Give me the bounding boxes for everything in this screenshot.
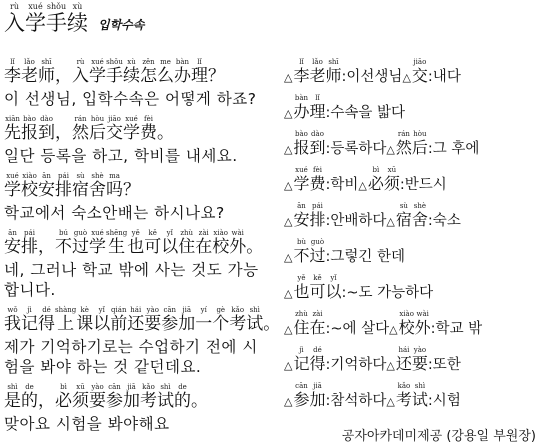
pinyin: xué — [25, 2, 46, 11]
vocab-meaning: :반드시 — [400, 177, 447, 193]
hanzi-with-pinyin: 学xué — [89, 237, 106, 257]
hanzi-with-pinyin: 学xué — [89, 66, 106, 86]
hanzi-with-pinyin: 不bú — [55, 237, 72, 257]
hanzi-with-pinyin: 舍shè — [89, 180, 106, 200]
hanzi-with-pinyin: 李lǐ — [4, 66, 21, 86]
pinyin: kè — [76, 306, 93, 314]
pinyin: lǎo — [309, 58, 325, 66]
hanzi-with-pinyin: 外wài — [229, 237, 246, 257]
hanzi-with-pinyin: 一yí — [195, 314, 212, 334]
vocab-word: 安ān排pái — [293, 213, 325, 229]
dialogue-line: 安ān排pái， 不bú过guò学xué生shēng也yě可kě以yǐ住zhù在… — [4, 229, 272, 300]
vocab-word: 交jiāo — [412, 69, 428, 85]
hanzi-with-pinyin: 校xiào — [399, 318, 415, 337]
hanzi-with-pinyin: 入rù — [4, 11, 25, 35]
pinyin: jiāo — [106, 115, 123, 123]
korean-translation: 학교에서 숙소안배는 하시나요? — [4, 203, 272, 223]
pinyin — [263, 306, 280, 314]
hanzi-with-pinyin: 师shī — [326, 66, 342, 85]
vocab-meaning: :안배하다 — [326, 213, 387, 229]
hanzi-with-pinyin: 校xiào — [212, 237, 229, 257]
hanzi-with-pinyin: 学xué — [4, 180, 21, 200]
pinyin: bàn — [293, 94, 309, 102]
hanzi-with-pinyin: ？ — [123, 180, 140, 200]
pinyin: bù — [293, 238, 309, 246]
hanzi-with-pinyin: 过guò — [72, 237, 89, 257]
pinyin: pái — [309, 202, 325, 210]
vocab-word: 记jì得dé — [293, 357, 325, 373]
hanzi-with-pinyin: 的de — [21, 391, 38, 411]
pinyin: pái — [55, 172, 72, 180]
hanzi-with-pinyin: 记jì — [293, 354, 309, 373]
vocab-word: 报bào到dào — [293, 141, 325, 157]
pinyin: lǐ — [293, 58, 309, 66]
hanzi-with-pinyin: 要yào — [144, 314, 161, 334]
hanzi-with-pinyin: 要yào — [89, 391, 106, 411]
hanzi-with-pinyin: 必bì — [368, 174, 384, 193]
hanzi-with-pinyin: 加jiā — [123, 391, 140, 411]
hanzi-with-pinyin: ， — [55, 123, 72, 143]
vocab-word: 然rán后hòu — [396, 141, 428, 157]
pinyin: kě — [309, 274, 325, 282]
pinyin: jì — [293, 346, 309, 354]
title-korean: 입학수속 — [98, 16, 144, 33]
pinyin: yào — [412, 346, 428, 354]
hanzi-with-pinyin: 么me — [157, 66, 174, 86]
hanzi-with-pinyin: 怎zěn — [140, 66, 157, 86]
pinyin: jiā — [178, 306, 195, 314]
hanzi-with-pinyin: 上shàng — [55, 314, 76, 334]
hanzi-with-pinyin: 生shēng — [106, 237, 127, 257]
hanzi-with-pinyin: 的de — [174, 391, 191, 411]
pinyin: xué — [123, 115, 140, 123]
hanzi-with-pinyin: 试shì — [246, 314, 263, 334]
hanzi-with-pinyin: 然rán — [396, 138, 412, 157]
hanzi-with-pinyin: 师shī — [38, 66, 55, 86]
chinese-sentence: 学xué校xiào安ān排pái宿sù舍shè吗ma？ — [4, 172, 272, 203]
hanzi-with-pinyin: 是shì — [4, 391, 21, 411]
hanzi-with-pinyin: 个gè — [212, 314, 229, 334]
pinyin: jiāo — [412, 58, 428, 66]
pinyin: xù — [123, 58, 140, 66]
pinyin: xù — [67, 2, 88, 11]
pinyin: jiā — [123, 383, 140, 391]
pinyin: yě — [127, 229, 144, 237]
hanzi-with-pinyin: 外wài — [415, 318, 431, 337]
hanzi-with-pinyin: 吗ma — [106, 180, 123, 200]
pinyin: yào — [144, 306, 161, 314]
vocab-meaning: :또한 — [428, 357, 461, 373]
hanzi-with-pinyin: 到dào — [309, 138, 325, 157]
pinyin: lǎo — [21, 58, 38, 66]
triangle-bullet-icon: △ — [284, 359, 292, 372]
vocab-word: 住zhù在zài — [293, 321, 325, 337]
pinyin: lǐ — [191, 58, 208, 66]
hanzi-with-pinyin: 交jiāo — [106, 123, 123, 143]
triangle-bullet-icon: △ — [386, 143, 394, 156]
hanzi-with-pinyin: 得dé — [309, 354, 325, 373]
hanzi-with-pinyin: 排pái — [21, 237, 38, 257]
pinyin: guò — [72, 229, 89, 237]
pinyin: rán — [72, 115, 89, 123]
chinese-sentence: 是shì的de， 必bì须xū要yào参cān加jiā考kǎo试shì的de。 — [4, 383, 272, 414]
pinyin — [157, 115, 174, 123]
hanzi-with-pinyin: 加jiā — [178, 314, 195, 334]
triangle-bullet-icon: △ — [386, 395, 394, 408]
pinyin: sù — [72, 172, 89, 180]
pinyin: yǐ — [93, 306, 110, 314]
hanzi-with-pinyin: 考kǎo — [229, 314, 246, 334]
pinyin: hái — [127, 306, 144, 314]
triangle-bullet-icon: △ — [389, 323, 397, 336]
vocab-line: △不bù过guò:그렇긴 한데 — [284, 238, 540, 274]
hanzi-with-pinyin: 然rán — [72, 123, 89, 143]
chinese-sentence: 李lǐ老lǎo师shī， 入rù学xué手shǒu续xù怎zěn么me办bàn理… — [4, 58, 272, 89]
pinyin: hòu — [412, 130, 428, 138]
vocab-word: 宿sù舍shè — [396, 213, 428, 229]
hanzi-with-pinyin: 在zài — [195, 237, 212, 257]
pinyin: bú — [55, 229, 72, 237]
hanzi-with-pinyin: 后hòu — [412, 138, 428, 157]
vocab-word: 考kǎo试shì — [396, 393, 428, 409]
korean-translation: 일단 등록을 하고, 학비를 내세요. — [4, 146, 272, 166]
pinyin — [191, 383, 208, 391]
pinyin: shēng — [106, 229, 127, 237]
dialogue-line: 先xiān报bào到dào， 然rán后hòu交jiāo学xué费fèi。 일단… — [4, 115, 272, 166]
triangle-bullet-icon: △ — [284, 215, 292, 228]
vocab-line: △办bàn理lǐ:수속을 밟다 — [284, 94, 540, 130]
vocab-line: △李lǐ老lǎo师shī:이선생님△交jiāo:내다 — [284, 58, 540, 94]
vocab-line: △参cān加jiā:참석하다△考kǎo试shì:시험 — [284, 382, 540, 418]
pinyin: shī — [326, 58, 342, 66]
korean-translation: 제가 기억하기로는 수업하기 전에 시험을 봐야 하는 것 같던데요. — [4, 337, 272, 377]
pinyin: lǐ — [4, 58, 21, 66]
vocab-meaning: :시험 — [428, 393, 461, 409]
pinyin: fèi — [309, 166, 325, 174]
pinyin: xū — [72, 383, 89, 391]
dialogue-line: 我wǒ记jì得dé上shàng课kè以yǐ前qián还hái要yào参cān加j… — [4, 306, 272, 377]
hanzi-with-pinyin: 续xù — [67, 11, 88, 35]
pinyin: fèi — [140, 115, 157, 123]
dialogue-line: 是shì的de， 必bì须xū要yào参cān加jiā考kǎo试shì的de。 … — [4, 383, 272, 434]
pinyin: wài — [229, 229, 246, 237]
pinyin: zài — [195, 229, 212, 237]
pinyin: hòu — [89, 115, 106, 123]
hanzi-with-pinyin: 也yě — [127, 237, 144, 257]
hanzi-with-pinyin: 费fèi — [309, 174, 325, 193]
pinyin: shè — [89, 172, 106, 180]
vocab-word: 李lǐ老lǎo师shī — [293, 69, 341, 85]
vocab-meaning: :참석하다 — [326, 393, 387, 409]
hanzi-with-pinyin: 办bàn — [174, 66, 191, 86]
hanzi-with-pinyin: 手shǒu — [46, 11, 67, 35]
vocab-word: 也yě可kě以yǐ — [293, 285, 341, 301]
hanzi-with-pinyin: 课kè — [76, 314, 93, 334]
hanzi-with-pinyin: 在zài — [309, 318, 325, 337]
dialogue-line: 学xué校xiào安ān排pái宿sù舍shè吗ma？ 학교에서 숙소안배는 하… — [4, 172, 272, 223]
triangle-bullet-icon: △ — [386, 359, 394, 372]
hanzi-with-pinyin: 前qián — [110, 314, 127, 334]
vocab-meaning: :기억하다 — [326, 357, 387, 373]
triangle-bullet-icon: △ — [284, 251, 292, 264]
hanzi-with-pinyin: 可kě — [144, 237, 161, 257]
triangle-bullet-icon: △ — [284, 287, 292, 300]
pinyin: ān — [38, 172, 55, 180]
hanzi-with-pinyin: 须xū — [384, 174, 400, 193]
triangle-bullet-icon: △ — [402, 71, 410, 84]
hanzi-with-pinyin: 安ān — [293, 210, 309, 229]
vocab-word: 不bù过guò — [293, 249, 325, 265]
vocab-meaning: :등록하다 — [326, 141, 387, 157]
vocab-meaning: :숙소 — [428, 213, 461, 229]
pinyin: de — [21, 383, 38, 391]
vocab-meaning: :그 후에 — [428, 141, 480, 157]
korean-translation: 맞아요 시험을 봐야해요 — [4, 414, 272, 434]
pinyin: me — [157, 58, 174, 66]
pinyin: xū — [384, 166, 400, 174]
pinyin: pái — [21, 229, 38, 237]
hanzi-with-pinyin: 学xué — [123, 123, 140, 143]
pinyin: bì — [368, 166, 384, 174]
hanzi-with-pinyin: 试shì — [157, 391, 174, 411]
vocab-line: △安ān排pái:안배하다△宿sù舍shè:숙소 — [284, 202, 540, 238]
hanzi-with-pinyin: 入rù — [72, 66, 89, 86]
hanzi-with-pinyin: ， — [38, 391, 55, 411]
pinyin: dé — [309, 346, 325, 354]
triangle-bullet-icon: △ — [284, 143, 292, 156]
pinyin: shǒu — [106, 58, 123, 66]
hanzi-with-pinyin: 续xù — [123, 66, 140, 86]
title-chinese: 入rù学xué手shǒu续xù — [4, 15, 88, 35]
hanzi-with-pinyin: 试shì — [412, 390, 428, 409]
hanzi-with-pinyin: 我wǒ — [4, 314, 21, 334]
hanzi-with-pinyin: 排pái — [55, 180, 72, 200]
vocab-word: 必bì须xū — [368, 177, 400, 193]
pinyin: ān — [4, 229, 21, 237]
vocab-word: 学xué费fèi — [293, 177, 325, 193]
vocab-meaning: :~도 가능하다 — [342, 285, 434, 301]
pinyin: rán — [396, 130, 412, 138]
pinyin: shè — [412, 202, 428, 210]
triangle-bullet-icon: △ — [284, 323, 292, 336]
pinyin: xué — [4, 172, 21, 180]
vocab-meaning: :그렇긴 한데 — [326, 249, 406, 265]
hanzi-with-pinyin: 安ān — [4, 237, 21, 257]
pinyin: zěn — [140, 58, 157, 66]
pinyin: jiā — [309, 382, 325, 390]
hanzi-with-pinyin: 手shǒu — [106, 66, 123, 86]
hanzi-with-pinyin: 安ān — [38, 180, 55, 200]
pinyin: yě — [293, 274, 309, 282]
pinyin: zhù — [293, 310, 309, 318]
vocab-meaning: :학교 밖 — [431, 321, 483, 337]
hanzi-with-pinyin: 要yào — [412, 354, 428, 373]
vocab-line: △也yě可kě以yǐ:~도 가능하다 — [284, 274, 540, 310]
pinyin: guò — [309, 238, 325, 246]
pinyin: yǐ — [161, 229, 178, 237]
pinyin: xué — [293, 166, 309, 174]
chinese-sentence: 我wǒ记jì得dé上shàng课kè以yǐ前qián还hái要yào参cān加j… — [4, 306, 272, 337]
pinyin: lǐ — [309, 94, 325, 102]
pinyin: ma — [106, 172, 123, 180]
pinyin: kě — [144, 229, 161, 237]
hanzi-with-pinyin: ， — [55, 66, 72, 86]
hanzi-with-pinyin: 记jì — [21, 314, 38, 334]
hanzi-with-pinyin: 宿sù — [396, 210, 412, 229]
pinyin: shì — [4, 383, 21, 391]
hanzi-with-pinyin: 参cān — [106, 391, 123, 411]
pinyin: zhù — [178, 229, 195, 237]
pinyin: dé — [38, 306, 55, 314]
hanzi-with-pinyin: 交jiāo — [412, 66, 428, 85]
pinyin — [55, 58, 72, 66]
hanzi-with-pinyin: 校xiào — [21, 180, 38, 200]
vocab-line: △住zhù在zài:~에 살다△校xiào外wài:학교 밖 — [284, 310, 540, 346]
pinyin: xiān — [4, 115, 21, 123]
triangle-bullet-icon: △ — [284, 107, 292, 120]
hanzi-with-pinyin: 须xū — [72, 391, 89, 411]
triangle-bullet-icon: △ — [284, 179, 292, 192]
pinyin: bào — [293, 130, 309, 138]
pinyin: shǒu — [46, 2, 67, 11]
hanzi-with-pinyin: 还hái — [127, 314, 144, 334]
pinyin — [123, 172, 140, 180]
vocab-line: △记jì得dé:기억하다△还hái要yào:또한 — [284, 346, 540, 382]
hanzi-with-pinyin: 费fèi — [140, 123, 157, 143]
triangle-bullet-icon: △ — [358, 179, 366, 192]
hanzi-with-pinyin: 排pái — [309, 210, 325, 229]
hanzi-with-pinyin: 得dé — [38, 314, 55, 334]
vocab-meaning: :수속을 밟다 — [326, 105, 406, 121]
vocab-meaning: :내다 — [428, 69, 461, 85]
korean-translation: 이 선생님, 입학수속은 어떻게 하죠? — [4, 89, 272, 109]
pinyin: xué — [89, 229, 106, 237]
hanzi-with-pinyin: 先xiān — [4, 123, 21, 143]
pinyin: shì — [412, 382, 428, 390]
vocabulary-column: △李lǐ老lǎo师shī:이선생님△交jiāo:내다△办bàn理lǐ:수속을 밟… — [284, 58, 540, 418]
pinyin: hái — [396, 346, 412, 354]
pinyin: zài — [309, 310, 325, 318]
hanzi-with-pinyin: 办bàn — [293, 102, 309, 121]
triangle-bullet-icon: △ — [386, 215, 394, 228]
pinyin: shì — [157, 383, 174, 391]
pinyin — [246, 229, 263, 237]
triangle-bullet-icon: △ — [284, 395, 292, 408]
hanzi-with-pinyin: 也yě — [293, 282, 309, 301]
pinyin: de — [174, 383, 191, 391]
hanzi-with-pinyin: 参cān — [293, 390, 309, 409]
dialogue-column: 李lǐ老lǎo师shī， 入rù学xué手shǒu续xù怎zěn么me办bàn理… — [4, 58, 272, 440]
hanzi-with-pinyin: 加jiā — [309, 390, 325, 409]
pinyin: xiào — [399, 310, 415, 318]
hanzi-with-pinyin: 必bì — [55, 391, 72, 411]
pinyin: sù — [396, 202, 412, 210]
pinyin: shàng — [55, 306, 76, 314]
pinyin: shì — [246, 306, 263, 314]
credit-text: 공자아카데미제공 (강용일 부원장) — [342, 425, 536, 444]
lesson-title: 入rù学xué手shǒu续xù — [4, 2, 88, 38]
pinyin: jì — [21, 306, 38, 314]
vocab-word: 还hái要yào — [396, 357, 428, 373]
pinyin: bàn — [174, 58, 191, 66]
pinyin: xué — [89, 58, 106, 66]
hanzi-with-pinyin: 。 — [263, 314, 280, 334]
pinyin: bì — [55, 383, 72, 391]
hanzi-with-pinyin: 学xué — [25, 11, 46, 35]
hanzi-with-pinyin: 老lǎo — [21, 66, 38, 86]
pinyin — [38, 229, 55, 237]
hanzi-with-pinyin: 考kǎo — [140, 391, 157, 411]
triangle-bullet-icon: △ — [284, 71, 292, 84]
pinyin: yào — [89, 383, 106, 391]
hanzi-with-pinyin: 李lǐ — [293, 66, 309, 85]
pinyin: yǐ — [326, 274, 342, 282]
hanzi-with-pinyin: ？ — [208, 66, 225, 86]
chinese-sentence: 安ān排pái， 不bú过guò学xué生shēng也yě可kě以yǐ住zhù在… — [4, 229, 272, 260]
pinyin: cān — [106, 383, 123, 391]
hanzi-with-pinyin: 以yǐ — [93, 314, 110, 334]
hanzi-with-pinyin: 。 — [157, 123, 174, 143]
vocab-line: △学xué费fèi:학비△必bì须xū:반드시 — [284, 166, 540, 202]
hanzi-with-pinyin: 还hái — [396, 354, 412, 373]
hanzi-with-pinyin: 学xué — [293, 174, 309, 193]
pinyin: xiào — [21, 172, 38, 180]
vocab-word: 参cān加jiā — [293, 393, 325, 409]
pinyin: cān — [293, 382, 309, 390]
hanzi-with-pinyin: 舍shè — [412, 210, 428, 229]
vocab-word: 校xiào外wài — [399, 321, 431, 337]
vocab-meaning: :~에 살다 — [326, 321, 390, 337]
hanzi-with-pinyin: 以yǐ — [326, 282, 342, 301]
hanzi-with-pinyin: 理lǐ — [191, 66, 208, 86]
pinyin — [208, 58, 225, 66]
hanzi-with-pinyin: 。 — [246, 237, 263, 257]
hanzi-with-pinyin: 过guò — [309, 246, 325, 265]
pinyin: ān — [293, 202, 309, 210]
hanzi-with-pinyin: 宿sù — [72, 180, 89, 200]
hanzi-with-pinyin: ， — [38, 237, 55, 257]
pinyin: dào — [309, 130, 325, 138]
vocab-line: △报bào到dào:등록하다△然rán后hòu:그 후에 — [284, 130, 540, 166]
hanzi-with-pinyin: 住zhù — [293, 318, 309, 337]
pinyin: rù — [4, 2, 25, 11]
hanzi-with-pinyin: 住zhù — [178, 237, 195, 257]
pinyin: rù — [72, 58, 89, 66]
hanzi-with-pinyin: 老lǎo — [309, 66, 325, 85]
pinyin: kǎo — [140, 383, 157, 391]
pinyin: wǒ — [4, 306, 21, 314]
hanzi-with-pinyin: 到dào — [38, 123, 55, 143]
hanzi-with-pinyin: 后hòu — [89, 123, 106, 143]
pinyin: bào — [21, 115, 38, 123]
pinyin: dào — [38, 115, 55, 123]
hanzi-with-pinyin: 报bào — [21, 123, 38, 143]
pinyin: shī — [38, 58, 55, 66]
hanzi-with-pinyin: 可kě — [309, 282, 325, 301]
pinyin: gè — [212, 306, 229, 314]
pinyin — [55, 115, 72, 123]
korean-translation: 네, 그러나 학교 밖에 사는 것도 가능합니다. — [4, 260, 272, 300]
vocab-meaning: :이선생님 — [342, 69, 403, 85]
pinyin: kǎo — [229, 306, 246, 314]
hanzi-with-pinyin: 理lǐ — [309, 102, 325, 121]
hanzi-with-pinyin: 以yǐ — [161, 237, 178, 257]
pinyin: yí — [195, 306, 212, 314]
pinyin: qián — [110, 306, 127, 314]
hanzi-with-pinyin: 考kǎo — [396, 390, 412, 409]
vocab-meaning: :학비 — [326, 177, 359, 193]
pinyin: wài — [415, 310, 431, 318]
